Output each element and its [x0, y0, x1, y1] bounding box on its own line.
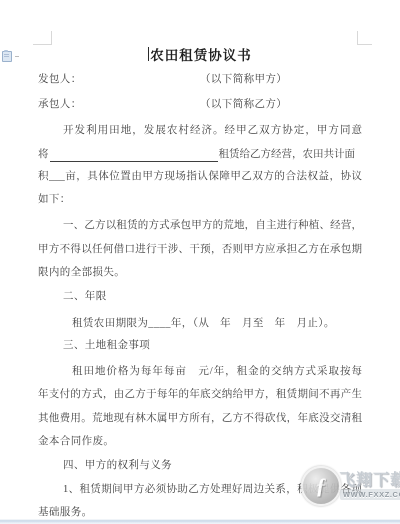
document-page[interactable]: 农田租赁协议书 发包人： （以下简称甲方） 承包人： （以下简称乙方） 开发利用… — [0, 0, 400, 524]
window-bottom-edge — [0, 519, 400, 524]
party-line-lessor: 发包人： （以下简称甲方） — [38, 72, 362, 88]
paragraph-line: 如下： — [38, 192, 71, 208]
clause-3-line: 年支付的方式，由乙方于每年的年底交纳给甲方，租赁期间不再产生 — [38, 387, 362, 403]
text-boundary-mark-top-right — [357, 31, 372, 45]
watermark-logo-icon: ƒ — [301, 466, 341, 506]
clause-1-line: 限内的全部损失。 — [38, 265, 125, 281]
blank-line-prefix: 将 — [38, 147, 49, 162]
party-lessee-label: 承包人： — [38, 99, 82, 110]
paragraph-line: 开发利用田地，发展农村经济。经甲乙双方协定，甲方同意 — [63, 123, 362, 139]
text-cursor — [148, 47, 149, 61]
text-boundary-mark-top-left — [33, 31, 52, 45]
clause-1-line: 甲方不得以任何借口进行干涉、干预，否则甲方应承担乙方在承包期 — [38, 242, 362, 258]
party-line-lessee: 承包人： （以下简称乙方） — [38, 97, 362, 113]
watermark-site-name: 飞翔下载 — [339, 467, 400, 490]
party-lessor-alias: （以下简称甲方） — [200, 72, 287, 87]
clause-3-heading: 三、土地租金事项 — [63, 338, 150, 354]
document-title: 农田租赁协议书 — [150, 44, 252, 64]
party-lessor-label: 发包人： — [38, 74, 82, 85]
party-lessee-alias: （以下简称乙方） — [200, 97, 287, 112]
watermark: ƒ 飞翔下载 WWW.FXXZ.COM — [299, 462, 399, 510]
clause-3-line: 租田地价格为每年每亩 元/年，租金的交纳方式采取按每 — [72, 364, 362, 380]
clause-3-line: 其他费用。荒地现有林木属甲方所有，乙方不得砍伐，年底没交清租 — [38, 411, 362, 427]
paragraph-line: 积___亩，具体位置由甲方现场指认保障甲乙双方的合法权益，协议 — [38, 169, 362, 185]
fill-in-blank-line: 将 租赁给乙方经营，农田共计面 — [38, 146, 362, 162]
blank-line-suffix: 租赁给乙方经营，农田共计面 — [219, 147, 356, 162]
clause-3-line: 金本合同作废。 — [38, 434, 114, 450]
clause-1-line: 一、乙方以租赁的方式承包甲方的荒地，自主进行种植、经营， — [63, 218, 362, 234]
clause-2-heading: 二、年限 — [63, 289, 107, 305]
watermark-logo-glyph: ƒ — [316, 475, 327, 497]
watermark-site-url: WWW.FXXZ.COM — [340, 489, 400, 500]
clause-2-line: 租赁农田期限为____年，（从 年 月至 年 月止）。 — [72, 316, 335, 332]
blank-underline-field[interactable] — [50, 149, 218, 162]
title-row: 农田租赁协议书 — [0, 45, 400, 63]
clause-4-heading: 四、甲方的权利与义务 — [63, 458, 172, 474]
